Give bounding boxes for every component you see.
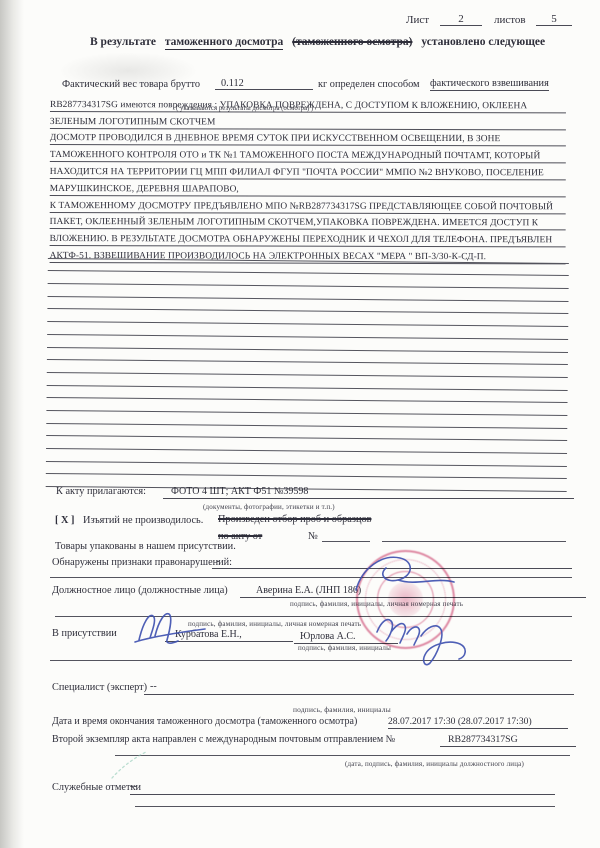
result-line: ТАМОЖЕННОГО КОНТРОЛЯ ОТО и ТК №1 ТАМОЖЕН…	[50, 145, 566, 163]
blank-ruled-lines	[46, 246, 569, 492]
title-inspection-underlined: таможенного досмотра	[165, 36, 283, 50]
sheet-number: 2	[440, 13, 482, 26]
witnesses-caption-top: подпись, фамилия, инициалы, личная номер…	[188, 620, 361, 628]
attachments-value: ФОТО 4 ШТ; АКТ Ф51 №39598	[163, 486, 574, 499]
weight-mid-label: кг определен способом	[318, 79, 420, 90]
separator-line	[50, 577, 572, 578]
faint-green-mark	[108, 748, 150, 782]
specialist-label: Специалист (эксперт)	[52, 682, 147, 693]
attachments-label: К акту прилагаются:	[56, 486, 146, 497]
completion-value: 28.07.2017 17:30 (28.07.2017 17:30)	[388, 716, 568, 729]
weight-label: Фактический вес товара брутто	[62, 79, 200, 90]
signature-averina	[348, 550, 460, 602]
sheets-of-label: листов	[494, 14, 526, 26]
weight-method-underlined: фактического взвешивания	[430, 78, 549, 91]
title-suffix: установлено следующее	[421, 36, 545, 48]
page-title: В результате таможенного досмотра (тамож…	[90, 36, 551, 48]
result-line: ПАКЕТ, ОКЛЕЕННЫЙ ЗЕЛЕНЫМ ЛОГОТИПНЫМ СКОТ…	[50, 213, 566, 231]
inspection-result-lines: RB287734317SG имеются повреждения : УПАК…	[50, 95, 566, 264]
results-field-caption: ( указываются результаты досмотра (осмот…	[176, 105, 313, 112]
struck-samples-line: Произведен отбор проб и образцов	[218, 514, 371, 525]
number-sign: №	[308, 531, 318, 542]
signature-kurbatova	[132, 606, 208, 646]
second-copy-label: Второй экземпляр акта направлен с междун…	[52, 734, 395, 745]
title-prefix: В результате	[90, 36, 156, 48]
result-line: МАРУШКИНСКОЕ, ДЕРЕВНЯ ШАРАПОВО,	[50, 179, 566, 197]
completion-label: Дата и время окончания таможенного досмо…	[52, 716, 357, 727]
scanned-customs-inspection-act: Лист 2 листов 5 В результате таможенного…	[0, 0, 600, 848]
witnesses-label: В присутствии	[52, 628, 117, 639]
sheets-total: 5	[536, 13, 572, 26]
sheet-label: Лист	[406, 14, 429, 26]
packed-label: Товары упакованы в нашем присутствии.	[55, 541, 236, 552]
service-notes-value: --	[130, 781, 555, 795]
blank-field-line	[382, 541, 566, 542]
specialist-caption: подпись, фамилия, инициалы	[293, 705, 391, 714]
result-line: ЗЕЛЕНЫМ ЛОГОТИПНЫМ СКОТЧЕМ	[50, 112, 566, 130]
service-notes-label: Служебные отметки	[52, 782, 141, 793]
seizure-checkbox: [ X ]	[55, 515, 74, 526]
blank-field-line	[322, 541, 370, 542]
blank-field-line	[135, 806, 555, 807]
scan-left-edge-shadow	[0, 0, 24, 848]
result-line: ДОСМОТР ПРОВОДИЛСЯ В ДНЕВНОЕ ВРЕМЯ СУТОК…	[50, 129, 566, 147]
signature-yurlova	[372, 604, 472, 668]
title-struck-option: (таможенного осмотра)	[292, 36, 412, 48]
result-line: НАХОДИТСЯ НА ТЕРРИТОРИИ ГЦ МПП ФИЛИАЛ ФГ…	[50, 162, 566, 180]
official-label: Должностное лицо (должностные лица)	[52, 585, 228, 596]
second-copy-value: RB287734317SG	[440, 734, 576, 747]
separator-line	[50, 660, 572, 661]
seizure-label: Изъятий не производилось.	[83, 515, 203, 526]
weight-value: 0.112	[215, 78, 313, 90]
specialist-value: --	[144, 681, 574, 695]
second-copy-caption: (дата, подпись, фамилия, инициалы должно…	[345, 760, 524, 768]
no-seizure-row: [ X ] Изъятий не производилось.	[55, 515, 203, 526]
result-line: ВЛОЖЕНИЮ. В РЕЗУЛЬТАТЕ ДОСМОТРА ОБНАРУЖЕ…	[50, 229, 566, 247]
violations-label: Обнаружены признаки правонарушений:	[52, 557, 232, 568]
attachments-caption: (документы, фотографии, этикетки и т.п.)	[203, 503, 335, 511]
blank-field-line	[115, 755, 570, 756]
result-line: К ТАМОЖЕННОМУ ДОСМОТРУ ПРЕДЪЯВЛЕНО МПО №…	[50, 196, 566, 214]
